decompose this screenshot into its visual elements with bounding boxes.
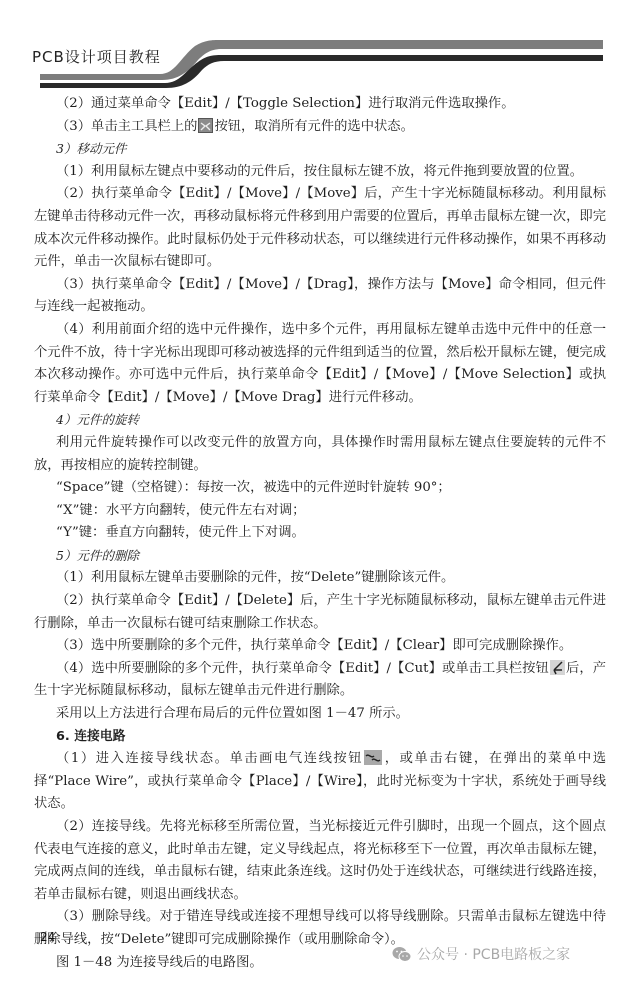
paragraph: （2）通过菜单命令【Edit】/【Toggle Selection】进行取消元件… <box>34 93 606 116</box>
paragraph: “Y”键：垂直方向翻转，使元件上下对调。 <box>34 522 606 545</box>
document-body: （2）通过菜单命令【Edit】/【Toggle Selection】进行取消元件… <box>34 93 606 974</box>
deselect-all-button-icon <box>198 118 213 133</box>
place-wire-button-icon <box>364 750 382 765</box>
paragraph-text: （1）进入连接导线状态。单击画电气连线按钮 <box>56 751 363 766</box>
paragraph: “Space”键（空格键）：每按一次，被选中的元件逆时针旋转 90°； <box>34 477 606 500</box>
paragraph: （1）利用鼠标左键单击要删除的元件，按“Delete”键删除该元件。 <box>34 567 606 590</box>
paragraph: （3）单击主工具栏上的按钮，取消所有元件的选中状态。 <box>34 116 606 139</box>
section-heading: 6. 连接电路 <box>34 726 606 749</box>
subsection-heading: 4）元件的旋转 <box>34 409 606 432</box>
paragraph: 利用元件旋转操作可以改变元件的放置方向，具体操作时需用鼠标左键点住要旋转的元件不… <box>34 432 606 477</box>
paragraph-text: （4）选中所要删除的多个元件，执行菜单命令【Edit】/【Cut】或单击工具栏按… <box>56 661 549 676</box>
wechat-icon <box>392 946 412 963</box>
cut-button-icon <box>550 660 565 675</box>
subsection-heading: 3）移动元件 <box>34 138 606 161</box>
paragraph: （2）执行菜单命令【Edit】/【Delete】后，产生十字光标随鼠标移动，鼠标… <box>34 590 606 635</box>
paragraph: 采用以上方法进行合理布局后的元件位置如图 1－47 所示。 <box>34 703 606 726</box>
subsection-heading: 5）元件的删除 <box>34 545 606 568</box>
paragraph: （3）选中所要删除的多个元件，执行菜单命令【Edit】/【Clear】即可完成删… <box>34 635 606 658</box>
paragraph: （4）利用前面介绍的选中元件操作，选中多个元件，再用鼠标左键单击选中元件中的任意… <box>34 319 606 409</box>
page-number: 24 <box>40 930 55 944</box>
paragraph: （2）连接导线。先将光标移至所需位置，当光标接近元件引脚时，出现一个圆点，这个圆… <box>34 816 606 906</box>
book-title: PCB设计项目教程 <box>32 46 161 67</box>
paragraph: （4）选中所要删除的多个元件，执行菜单命令【Edit】/【Cut】或单击工具栏按… <box>34 658 606 703</box>
paragraph-text: 按钮，取消所有元件的选中状态。 <box>214 119 413 134</box>
paragraph: （3）执行菜单命令【Edit】/【Move】/【Drag】，操作方法与【Move… <box>34 274 606 319</box>
watermark: 公众号 · PCB电路板之家 <box>392 944 570 964</box>
watermark-text: 公众号 · PCB电路板之家 <box>417 944 570 964</box>
page-header: PCB设计项目教程 <box>0 0 643 90</box>
paragraph-text: （3）单击主工具栏上的 <box>56 119 197 134</box>
paragraph: （1）利用鼠标左键点中要移动的元件后，按住鼠标左键不放，将元件拖到要放置的位置。 <box>34 161 606 184</box>
paragraph: （2）执行菜单命令【Edit】/【Move】/【Move】后，产生十字光标随鼠标… <box>34 183 606 273</box>
header-swoosh-graphic <box>0 0 643 90</box>
paragraph: “X”键：水平方向翻转，使元件左右对调； <box>34 500 606 523</box>
paragraph: （1）进入连接导线状态。单击画电气连线按钮，或单击右键，在弹出的菜单中选择“Pl… <box>34 748 606 816</box>
